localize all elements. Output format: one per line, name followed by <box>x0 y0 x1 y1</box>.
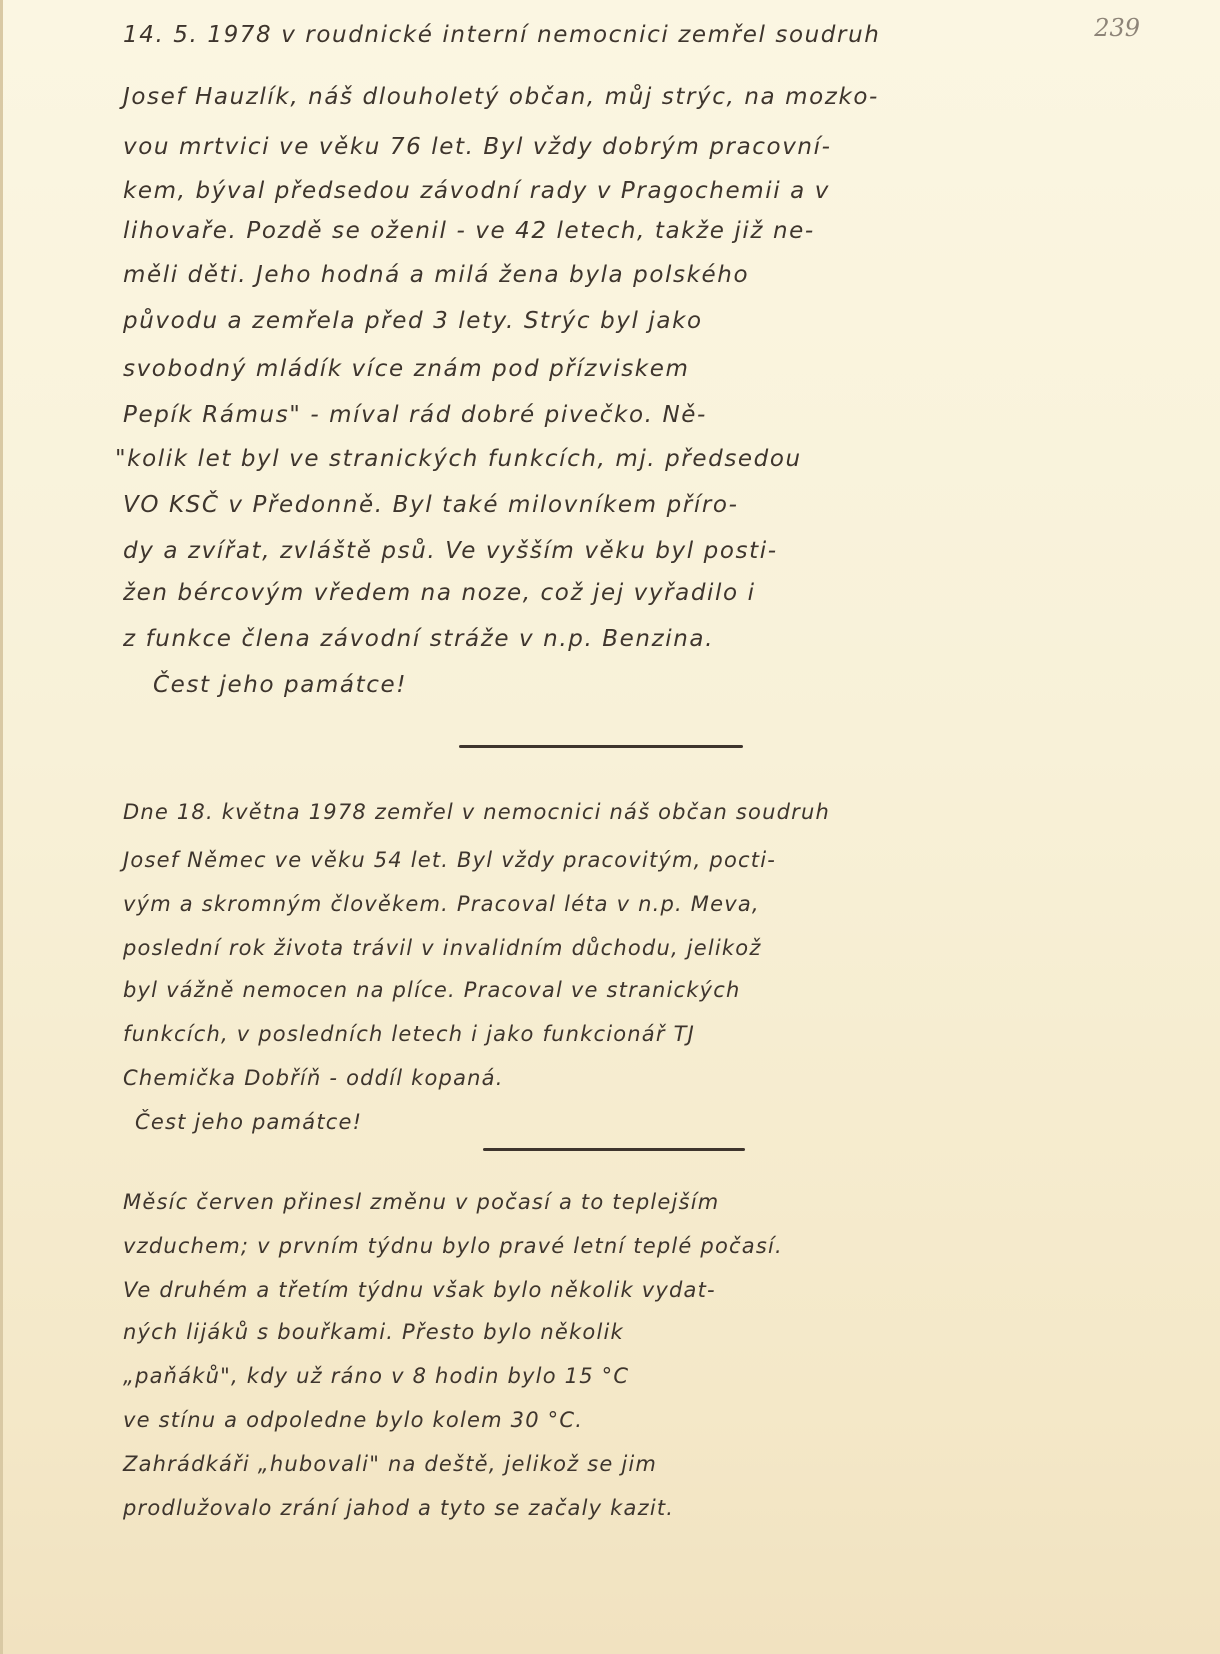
text-line: poslední rok života trávil v invalidním … <box>123 936 762 960</box>
text-line: Josef Hauzlík, náš dlouholetý občan, můj… <box>123 84 879 110</box>
text-line: původu a zemřela před 3 lety. Strýc byl … <box>123 308 703 334</box>
text-line: vým a skromným člověkem. Pracoval léta v… <box>123 892 760 916</box>
text-line: byl vážně nemocen na plíce. Pracoval ve … <box>123 978 741 1002</box>
section-divider <box>483 1148 745 1151</box>
text-line: „paňáků", kdy už ráno v 8 hodin bylo 15 … <box>123 1364 629 1388</box>
text-line: Ve druhém a třetím týdnu však bylo někol… <box>123 1278 716 1302</box>
text-line: Měsíc červen přinesl změnu v počasí a to… <box>123 1190 719 1214</box>
text-line: VO KSČ v Předonně. Byl také milovníkem p… <box>123 492 738 518</box>
text-line: svobodný mládík více znám pod přízviskem <box>123 356 689 382</box>
text-line: vou mrtvici ve věku 76 let. Byl vždy dob… <box>123 134 832 160</box>
closing-line: Čest jeho památce! <box>135 1110 362 1134</box>
text-line: ve stínu a odpoledne bylo kolem 30 °C. <box>123 1408 583 1432</box>
text-line: lihovaře. Pozdě se oženil - ve 42 letech… <box>123 218 815 244</box>
text-line: 14. 5. 1978 v roudnické interní nemocnic… <box>123 22 880 48</box>
page-number: 239 <box>1094 14 1140 42</box>
text-line: Josef Němec ve věku 54 let. Byl vždy pra… <box>123 848 776 872</box>
text-line: z funkce člena závodní stráže v n.p. Ben… <box>123 626 714 652</box>
text-line: ných lijáků s bouřkami. Přesto bylo něko… <box>123 1320 624 1344</box>
text-line: Zahrádkáři „hubovali" na deště, jelikož … <box>123 1452 657 1476</box>
text-line: dy a zvířat, zvláště psů. Ve vyšším věku… <box>123 538 778 564</box>
text-line: "kolik let byl ve stranických funkcích, … <box>115 446 802 472</box>
chronicle-page: 239 14. 5. 1978 v roudnické interní nemo… <box>0 0 1220 1654</box>
text-line: prodlužovalo zrání jahod a tyto se začal… <box>123 1496 674 1520</box>
text-line: měli děti. Jeho hodná a milá žena byla p… <box>123 262 749 288</box>
section-divider <box>459 745 743 748</box>
text-line: Chemička Dobříň - oddíl kopaná. <box>123 1066 504 1090</box>
text-line: Dne 18. května 1978 zemřel v nemocnici n… <box>123 800 830 824</box>
text-line: kem, býval předsedou závodní rady v Prag… <box>123 178 830 204</box>
text-line: funkcích, v posledních letech i jako fun… <box>123 1022 695 1046</box>
closing-line: Čest jeho památce! <box>153 672 407 698</box>
text-line: vzduchem; v prvním týdnu bylo pravé letn… <box>123 1234 783 1258</box>
text-line: žen bércovým vředem na noze, což jej vyř… <box>123 580 756 606</box>
text-line: Pepík Rámus" - míval rád dobré pivečko. … <box>123 402 707 428</box>
